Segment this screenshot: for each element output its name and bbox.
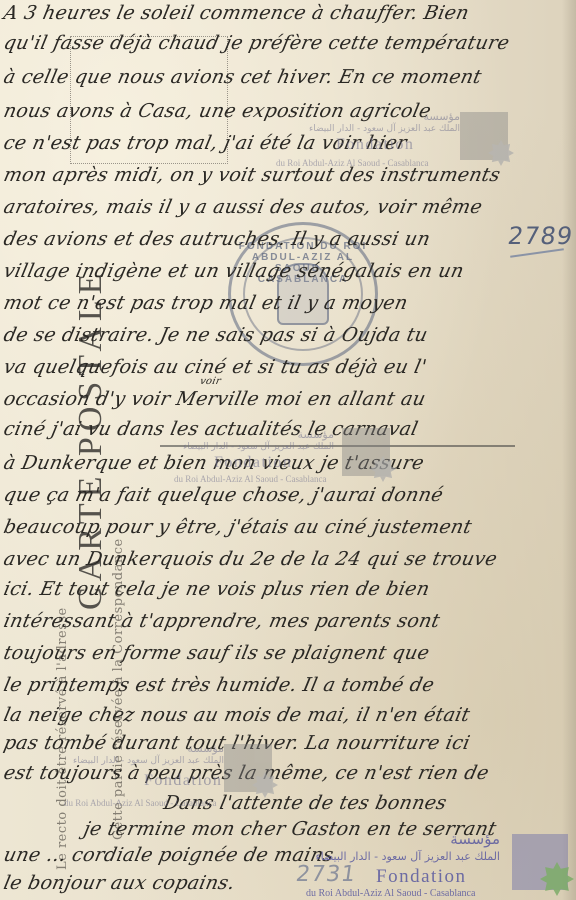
letter-line: va quelquefois au ciné et si tu as déjà … xyxy=(2,356,429,378)
letter-line: toujours en forme sauf ils se plaignent … xyxy=(2,642,432,664)
watermark-title: Fondation xyxy=(376,866,467,888)
star-icon xyxy=(488,140,514,166)
letter-line: avec un Dunkerquois du 2e de la 24 qui s… xyxy=(2,548,500,570)
letter-line: des avions et des autruches. Il y a auss… xyxy=(2,228,433,250)
watermark-subtitle: du Roi Abdul-Aziz Al Saoud - Casablanca xyxy=(64,798,216,808)
watermark-arabic-name: مؤسسة xyxy=(174,428,334,441)
watermark-title: Fondation xyxy=(144,772,222,790)
watermark-title: Fondation xyxy=(336,136,414,154)
watermark-arabic-sub: الملك عبد العزيز آل سعود - الدار البيضاء xyxy=(300,124,460,134)
letter-line: aratoires, mais il y a aussi des autos, … xyxy=(2,196,485,218)
letter-line: beaucoup pour y être, j'étais au ciné ju… xyxy=(2,516,474,538)
watermark-arabic-name: مؤسسة xyxy=(370,830,500,848)
letter-line: intéressant à t'apprendre, mes parents s… xyxy=(2,610,442,632)
letter-line: une ... cordiale poignée de mains xyxy=(2,844,336,866)
watermark-arabic-name: مؤسسة xyxy=(64,742,224,755)
foundation-logo-icon xyxy=(512,834,568,890)
watermark-arabic-sub: الملك عبد العزيز آل سعود - الدار البيضاء xyxy=(64,756,224,766)
letter-line: ici. Et tout cela je ne vois plus rien d… xyxy=(2,578,432,600)
foundation-logo-icon xyxy=(224,744,272,792)
foundation-logo-icon xyxy=(342,428,390,476)
watermark-arabic-name: مؤسسة xyxy=(300,110,460,123)
letter-line: village indigène et un village sénégalai… xyxy=(2,260,466,282)
letter-line: la neige chez nous au mois de mai, il n'… xyxy=(2,704,472,726)
letter-line: le printemps est très humide. Il a tombé… xyxy=(2,674,437,696)
foundation-logo-icon xyxy=(460,112,508,160)
letter-line: qu'il fasse déjà chaud je préfère cette … xyxy=(2,32,512,54)
letter-line: de se distraire. Je ne sais pas si à Ouj… xyxy=(2,324,430,346)
watermark-arabic-sub: الملك عبد العزيز آل سعود - الدار البيضاء xyxy=(310,850,500,863)
letter-line: à celle que nous avions cet hiver. En ce… xyxy=(2,66,484,88)
watermark-subtitle: du Roi Abdul-Aziz Al Saoud - Casablanca xyxy=(306,888,475,899)
watermark-title: Fondation xyxy=(214,454,292,472)
letter-line: occasion d'y voir Merville moi en allant… xyxy=(2,388,428,410)
watermark-subtitle: du Roi Abdul-Aziz Al Saoud - Casablanca xyxy=(276,158,428,168)
archive-number: 2731 xyxy=(294,862,358,887)
letter-line: le bonjour aux copains. xyxy=(2,872,237,894)
insertion-note: voir xyxy=(199,376,222,387)
archive-number: 2789 xyxy=(506,222,575,250)
letter-line: A 3 heures le soleil commence à chauffer… xyxy=(2,2,472,24)
watermark-arabic-sub: الملك عبد العزيز آل سعود - الدار البيضاء xyxy=(174,442,334,452)
postcard-back: Le recto doit être réservé à l'adresse C… xyxy=(0,0,576,900)
letter-line: mot ce n'est pas trop mal et il y a moye… xyxy=(2,292,410,314)
letter-line: que ça m'a fait quelque chose, j'aurai d… xyxy=(2,484,446,506)
paper-edge-shadow xyxy=(562,0,576,900)
watermark-subtitle: du Roi Abdul-Aziz Al Saoud - Casablanca xyxy=(174,474,326,484)
